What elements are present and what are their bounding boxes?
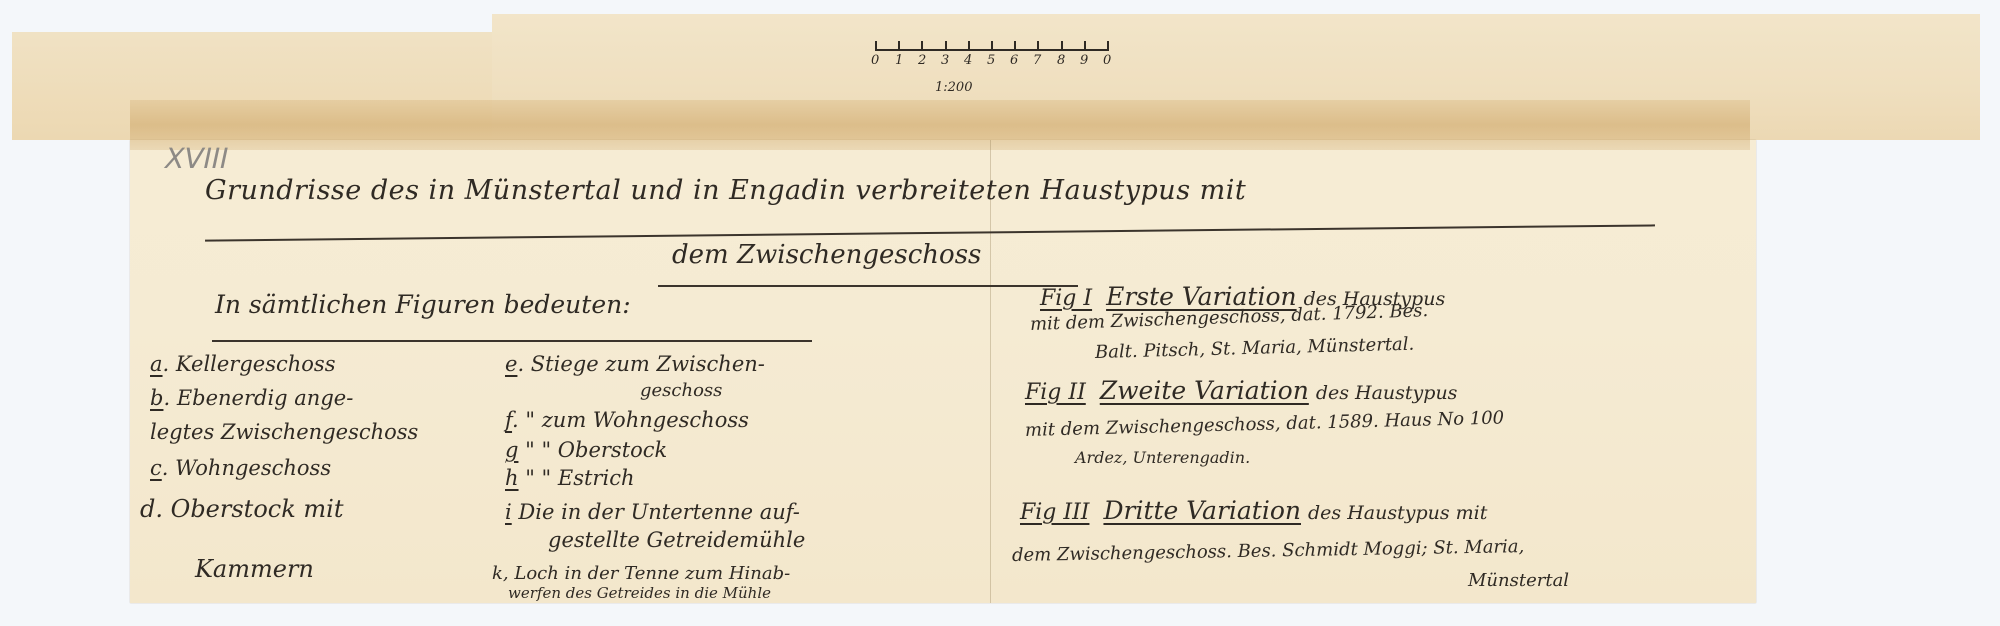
- figure-3-line-3: Münstertal: [1468, 570, 1569, 591]
- scale-label: 0: [871, 53, 879, 68]
- tape-stain-band: [130, 100, 1750, 150]
- figure-title-rest: des Haustypus mit: [1308, 502, 1487, 524]
- legend-text: " " Estrich: [525, 466, 634, 490]
- scale-label: 4: [964, 53, 972, 68]
- legend-heading-underline: [212, 340, 812, 342]
- scale-tick: [1084, 41, 1086, 51]
- title-line-2: dem Zwischengeschoss: [672, 240, 981, 270]
- legend-item: c. Wohngeschoss: [150, 456, 331, 480]
- legend-key: i: [505, 500, 512, 524]
- legend-text: Wohngeschoss: [175, 456, 331, 480]
- scale-label: 3: [941, 53, 949, 68]
- scale-label: 1: [895, 53, 903, 68]
- legend-text: Stiege zum Zwischen-: [531, 352, 765, 376]
- legend-key: d: [140, 495, 155, 523]
- legend-key: k: [492, 563, 503, 584]
- scale-ratio: 1:200: [935, 80, 972, 95]
- scale-label: 5: [987, 53, 995, 68]
- legend-key: b: [150, 386, 163, 410]
- figure-2-line-3: Ardez, Unterengadin.: [1075, 448, 1250, 467]
- legend-text: Ebenerdig ange-: [177, 386, 353, 410]
- legend-item: b. Ebenerdig ange-: [150, 386, 353, 410]
- paper-sheet: [130, 140, 1756, 603]
- figure-title-rest: des Haustypus: [1316, 382, 1458, 404]
- scale-tick: [1014, 41, 1016, 51]
- scale-tick: [1037, 41, 1039, 51]
- scale-label: 2: [918, 53, 926, 68]
- figure-label: Fig III: [1020, 500, 1089, 525]
- scale-tick: [991, 41, 993, 51]
- legend-item: g " " Oberstock: [505, 438, 667, 462]
- scale-tick: [968, 41, 970, 51]
- legend-text: " " Oberstock: [525, 438, 667, 462]
- legend-key: c: [150, 456, 162, 480]
- scale-bar: 0 1 2 3 4 5 6 7 8 9 0 1:200: [875, 38, 1111, 98]
- legend-key: g: [505, 438, 518, 462]
- figure-title: Zweite Variation: [1100, 376, 1309, 405]
- legend-item-continued: werfen des Getreides in die Mühle: [508, 584, 771, 602]
- title-line-2-underline: [658, 285, 1078, 287]
- legend-key: h: [505, 466, 519, 490]
- scale-tick: [1107, 41, 1109, 51]
- legend-key: e: [505, 352, 517, 376]
- legend-item: d. Oberstock mit: [140, 495, 343, 523]
- legend-item: e. Stiege zum Zwischen-: [505, 352, 765, 376]
- scale-label: 8: [1057, 53, 1065, 68]
- scale-tick: [921, 41, 923, 51]
- legend-key: f: [505, 408, 512, 432]
- scale-tick: [898, 41, 900, 51]
- scale-label: 6: [1010, 53, 1018, 68]
- archive-mark: XVIII: [161, 142, 231, 175]
- figure-3-heading: Fig III Dritte Variation des Haustypus m…: [1020, 496, 1487, 525]
- legend-text: Die in der Untertenne auf-: [518, 500, 799, 524]
- legend-item: a. Kellergeschoss: [150, 352, 335, 376]
- legend-item: f. " zum Wohngeschoss: [505, 408, 749, 432]
- legend-text: Oberstock mit: [171, 495, 344, 523]
- figure-2-heading: Fig II Zweite Variation des Haustypus: [1025, 376, 1457, 405]
- scale-tick: [945, 41, 947, 51]
- legend-item-continued: geschoss: [640, 380, 722, 401]
- scale-label: 9: [1080, 53, 1088, 68]
- figure-label: Fig II: [1025, 380, 1086, 405]
- legend-text: Loch in der Tenne zum Hinab-: [514, 563, 790, 584]
- legend-item-continued: legtes Zwischengeschoss: [150, 420, 418, 444]
- center-fold: [990, 140, 991, 603]
- legend-item: k, Loch in der Tenne zum Hinab-: [492, 563, 790, 584]
- legend-key: a: [150, 352, 163, 376]
- legend-item: h " " Estrich: [505, 466, 634, 490]
- legend-item-continued: gestellte Getreidemühle: [548, 528, 805, 552]
- scale-label: 7: [1033, 53, 1041, 68]
- title-line-1: Grundrisse des in Münstertal und in Enga…: [205, 175, 1246, 206]
- scale-label: 0: [1103, 53, 1111, 68]
- legend-text: Kellergeschoss: [176, 352, 336, 376]
- legend-item-continued: Kammern: [195, 555, 314, 583]
- legend-item: i Die in der Untertenne auf-: [505, 500, 800, 524]
- legend-heading: In sämtlichen Figuren bedeuten:: [215, 290, 631, 319]
- scale-tick: [875, 41, 877, 51]
- figure-label: Fig I: [1040, 286, 1092, 311]
- legend-text: " zum Wohngeschoss: [525, 408, 749, 432]
- figure-title: Dritte Variation: [1103, 496, 1301, 525]
- scale-tick: [1061, 41, 1063, 51]
